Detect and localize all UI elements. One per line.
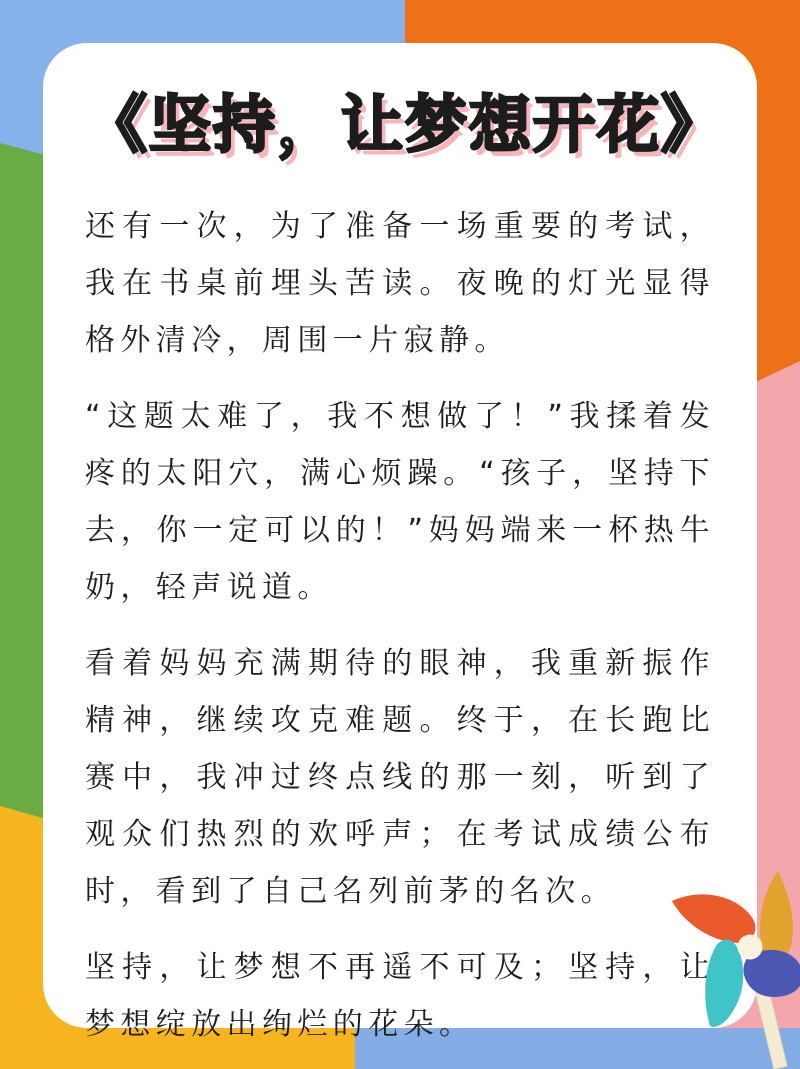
page-title: 《坚持，让梦想开花》 [85,77,715,173]
paragraph-1: 还有一次，为了准备一场重要的考试，我在书桌前埋头苦读。夜晚的灯光显得格外清冷，周… [85,198,715,369]
paragraph-3: 看着妈妈充满期待的眼神，我重新振作精神，继续攻克难题。终于，在长跑比赛中，我冲过… [85,635,715,920]
paragraph-2: “这题太难了，我不想做了！”我揉着发疼的太阳穴，满心烦躁。“孩子，坚持下去，你一… [85,388,715,616]
essay-body: 还有一次，为了准备一场重要的考试，我在书桌前埋头苦读。夜晚的灯光显得格外清冷，周… [85,198,715,1053]
poster-canvas: 《坚持，让梦想开花》 还有一次，为了准备一场重要的考试，我在书桌前埋头苦读。夜晚… [0,0,800,1069]
content-card: 《坚持，让梦想开花》 还有一次，为了准备一场重要的考试，我在书桌前埋头苦读。夜晚… [43,43,757,1028]
paragraph-4: 坚持，让梦想不再遥不可及；坚持，让梦想绽放出绚烂的花朵。 [85,939,715,1053]
